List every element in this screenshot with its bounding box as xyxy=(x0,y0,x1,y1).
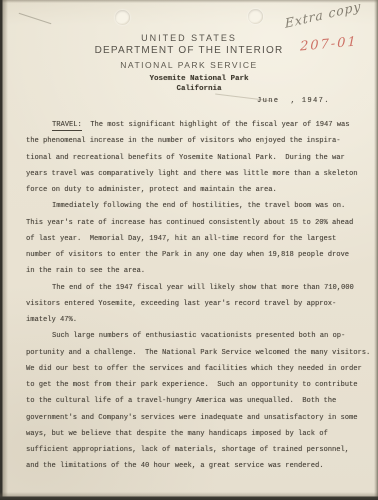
travel-section-heading: TRAVEL: xyxy=(52,121,82,131)
typescript-line: This year's rate of increase has continu… xyxy=(26,215,374,231)
typescript-line: number of visitors to enter the Park in … xyxy=(26,247,374,263)
handwritten-pencil-note: Extra copy xyxy=(285,0,362,31)
typescript-line: in the rain to see the area. xyxy=(26,263,374,279)
typescript-line: Such large numbers of enthusiastic vacat… xyxy=(26,328,374,344)
scanned-document-page: Extra copy 207-01 UNITED STATES DEPARTME… xyxy=(0,0,378,500)
typescript-line: the phenomenal increase in the number of… xyxy=(26,133,374,149)
typescript-line: and the limitations of the 40 hour week,… xyxy=(26,458,374,474)
station-state: California xyxy=(10,85,378,93)
pencil-scuff-mark xyxy=(19,13,52,24)
typescript-line: portunity and a challenge. The National … xyxy=(26,345,374,361)
typescript-line: to the cultural life of a travel-hungry … xyxy=(26,393,374,409)
letterhead-national-park-service: NATIONAL PARK SERVICE xyxy=(0,60,378,70)
scan-edge-bottom xyxy=(0,492,378,500)
punch-hole xyxy=(248,9,263,24)
typescript-line: imately 47%. xyxy=(26,312,374,328)
scan-edge-top xyxy=(0,0,378,3)
typescript-line: to get the most from their park experien… xyxy=(26,377,374,393)
scan-edge-left xyxy=(0,0,8,500)
date-line: June , 1947. xyxy=(257,97,330,105)
typescript-line: sufficient appropriations, lack of mater… xyxy=(26,442,374,458)
typescript-line: visitors entered Yosemite, exceeding las… xyxy=(26,296,374,312)
typescript-line: force on duty to administer, protect and… xyxy=(26,182,374,198)
typescript-line: ways, but we believe that despite the ma… xyxy=(26,426,374,442)
station-name: Yosemite National Park xyxy=(10,75,378,83)
typescript-line: The end of the 1947 fiscal year will lik… xyxy=(26,280,374,296)
typescript-line: years travel was comparatively light and… xyxy=(26,166,374,182)
typescript-line: TRAVEL: The most significant highlight o… xyxy=(26,117,374,133)
punch-hole xyxy=(115,10,130,25)
typescript-line: of last year. Memorial Day, 1947, hit an… xyxy=(26,231,374,247)
typescript-body: TRAVEL: The most significant highlight o… xyxy=(26,117,374,475)
typescript-line: government's and Company's services were… xyxy=(26,410,374,426)
typescript-line: Immediately following the end of hostili… xyxy=(26,198,374,214)
typescript-line: tional and recreational benefits of Yose… xyxy=(26,150,374,166)
letterhead-united-states: UNITED STATES xyxy=(0,33,378,43)
typescript-line: We did our best to offer the services an… xyxy=(26,361,374,377)
letterhead-department-of-interior: DEPARTMENT OF THE INTERIOR xyxy=(0,45,378,56)
